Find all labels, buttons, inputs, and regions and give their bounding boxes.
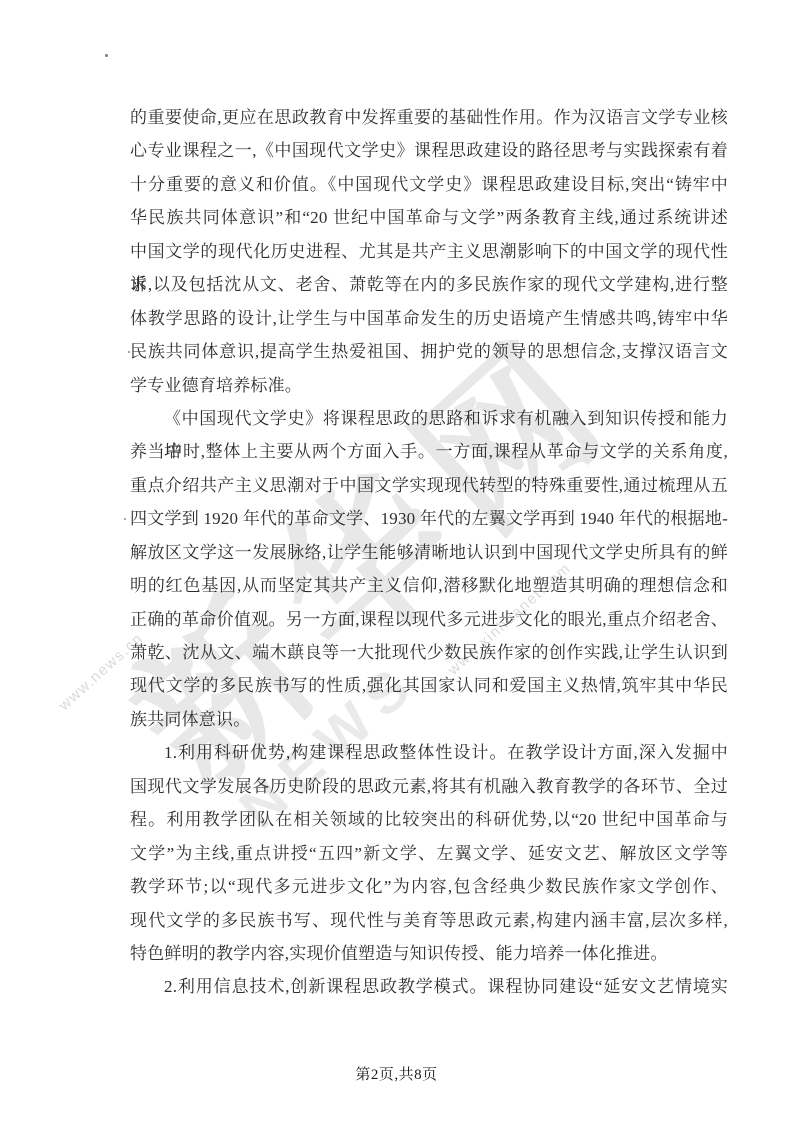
text-line: 体教学思路的设计,让学生与中国革命发生的历史语境产生情感共鸣,铸牢中华 [130, 302, 728, 335]
text-line: 2.利用信息技术,创新课程思政教学模式。课程协同建设“延安文艺情境实 [130, 970, 728, 1003]
text-line: 特色鲜明的教学内容,实现价值塑造与知识传授、能力培养一体化推进。 [130, 937, 728, 970]
text-line: 《中国现代文学史》将课程思政的思路和诉求有机融入到知识传授和能力培 [130, 402, 728, 435]
document-page: www.news.cn 新华网 NEWS www.xinhuanet.com 的… [0, 0, 793, 1122]
page-number: 第2页,共8页 [0, 1063, 793, 1084]
text-line: 现代文学的多民族书写、现代性与美育等思政元素,构建内涵丰富,层次多样, [130, 904, 728, 937]
text-line: 国现代文学发展各历史阶段的思政元素,将其有机融入教育教学的各环节、全过 [130, 770, 728, 803]
text-line: 1.利用科研优势,构建课程思政整体性设计。在教学设计方面,深入发掘中 [130, 736, 728, 769]
scan-speck [124, 518, 126, 520]
text-line: 正确的革命价值观。另一方面,课程以现代多元进步文化的眼光,重点介绍老舍、 [130, 603, 728, 636]
text-line: 民族共同体意识,提高学生热爱祖国、拥护党的领导的思想信念,支撑汉语言文 [130, 335, 728, 368]
text-line: 教学环节;以“现代多元进步文化”为内容,包含经典少数民族作家文学创作、 [130, 870, 728, 903]
text-line: 文学”为主线,重点讲授“五四”新文学、左翼文学、延安文艺、解放区文学等 [130, 837, 728, 870]
text-line: 中国文学的现代化历史进程、尤其是共产主义思潮影响下的中国文学的现代性诉 [130, 235, 728, 268]
text-line: 重点介绍共产主义思潮对于中国文学实现现代转型的特殊重要性,通过梳理从五 [130, 469, 728, 502]
text-line: 现代文学的多民族书写的性质,强化其国家认同和爱国主义热情,筑牢其中华民 [130, 669, 728, 702]
text-line: 明的红色基因,从而坚定其共产主义信仰,潜移默化地塑造其明确的理想信念和 [130, 569, 728, 602]
text-line: 十分重要的意义和价值。《中国现代文学史》课程思政建设目标,突出“铸牢中 [130, 168, 728, 201]
scan-speck [105, 54, 108, 57]
text-line: 解放区文学这一发展脉络,让学生能够清晰地认识到中国现代文学史所具有的鲜 [130, 536, 728, 569]
text-line: 学专业德育培养标准。 [130, 369, 728, 402]
text-line: 养当中时,整体上主要从两个方面入手。一方面,课程从革命与文学的关系角度, [130, 435, 728, 468]
text-line: 的重要使命,更应在思政教育中发挥重要的基础性作用。作为汉语言文学专业核 [130, 101, 728, 134]
text-line: 四文学到 1920 年代的革命文学、1930 年代的左翼文学再到 1940 年代… [130, 502, 728, 535]
text-line: 心专业课程之一,《中国现代文学史》课程思政建设的路径思考与实践探索有着 [130, 134, 728, 167]
text-line: 求,以及包括沈从文、老舍、萧乾等在内的多民族作家的现代文学建构,进行整 [130, 268, 728, 301]
text-line: 族共同体意识。 [130, 703, 728, 736]
body-text: 的重要使命,更应在思政教育中发挥重要的基础性作用。作为汉语言文学专业核 心专业课… [130, 101, 728, 1004]
text-line: 萧乾、沈从文、端木蕻良等一大批现代少数民族作家的创作实践,让学生认识到 [130, 636, 728, 669]
text-line: 程。利用教学团队在相关领域的比较突出的科研优势,以“20 世纪中国革命与 [130, 803, 728, 836]
text-line: 华民族共同体意识”和“20 世纪中国革命与文学”两条教育主线,通过系统讲述 [130, 201, 728, 234]
